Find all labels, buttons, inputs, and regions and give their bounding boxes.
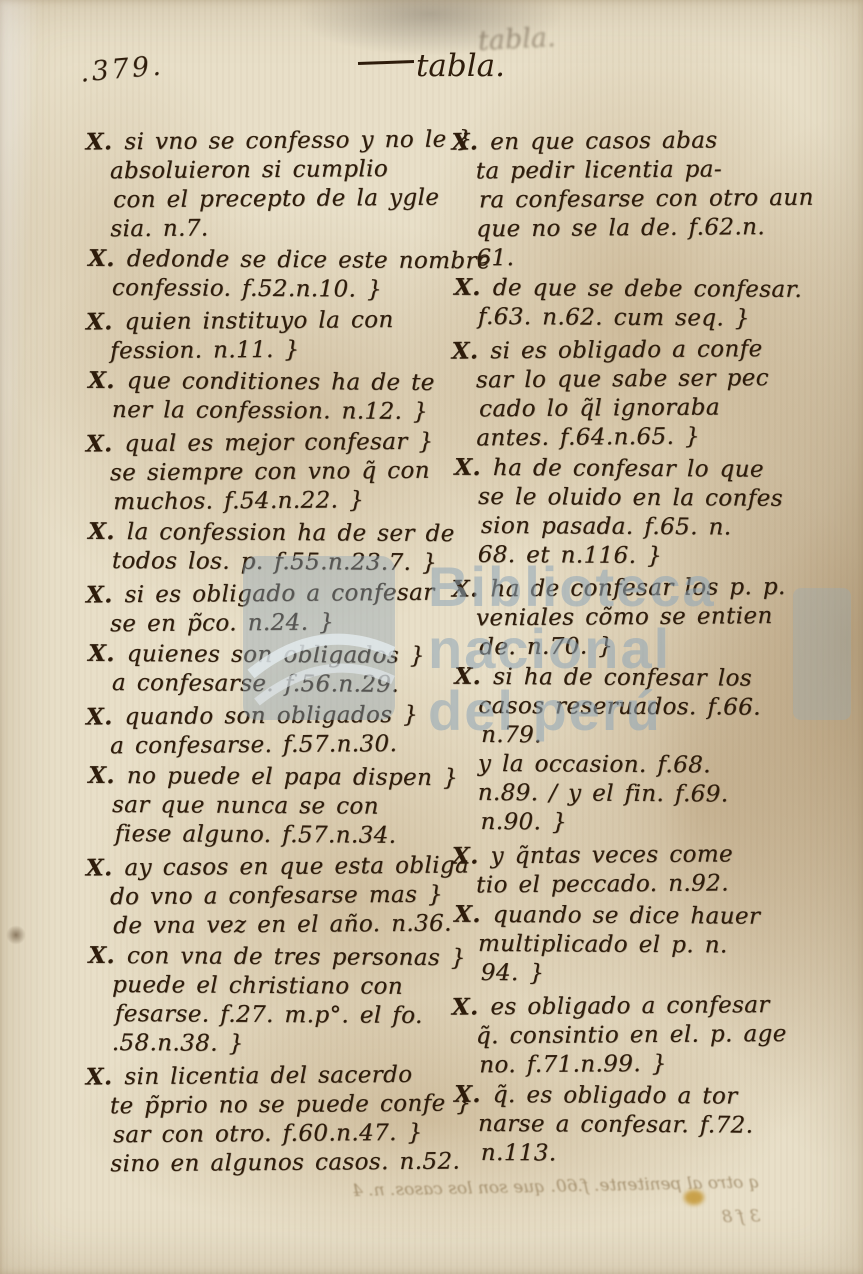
- entry-line: no. f.71.n.99. }: [455, 1048, 859, 1080]
- entry-line: X.sin licentia del sacerdo: [86, 1060, 458, 1093]
- entry-line: X.la confession ha de ser de: [88, 517, 460, 549]
- entry-marker: X.: [86, 1063, 113, 1090]
- index-entry: X.si ha de confesar loscasos reseruados.…: [453, 662, 858, 839]
- entry-line: q̃. consintio en el. p. age: [452, 1019, 856, 1051]
- entry-line: y la occasion. f.68.: [454, 750, 858, 781]
- entry-line: muchos. f.54.n.22. }: [89, 486, 461, 518]
- index-entry: X.dedonde se dice este nombreconfessio. …: [88, 244, 460, 305]
- entry-marker: X.: [452, 575, 479, 602]
- entry-line: tio el peccado. n.92.: [452, 868, 856, 900]
- index-entry: X.quien instituyo la confession. n.11. }: [86, 305, 458, 367]
- entry-line: .58.n.38. }: [88, 1029, 460, 1060]
- entry-marker: X.: [88, 762, 115, 789]
- entry-line: fesarse. f.27. m.p°. el fo.: [91, 1000, 463, 1031]
- entry-line: narse a confesar. f.72.: [454, 1110, 858, 1141]
- entry-marker: X.: [451, 128, 478, 155]
- entry-line: n.90. }: [456, 808, 860, 839]
- index-entry: X.sin licentia del sacerdote p̃prio no s…: [86, 1060, 459, 1180]
- entry-marker: X.: [86, 128, 113, 155]
- entry-line: 61.: [452, 241, 856, 273]
- entry-line: veniales cõmo se entien: [452, 601, 856, 633]
- entry-line: do vno a confesarse mas }: [86, 881, 458, 913]
- entry-line: te p̃prio no se puede confe }: [86, 1090, 458, 1122]
- entry-marker: X.: [454, 663, 481, 690]
- entry-line: se siempre con vno q̃ con: [86, 457, 458, 489]
- entry-line: X.si es obligado a confesar: [86, 578, 458, 611]
- title-dash: [358, 60, 414, 65]
- entry-marker: X.: [452, 337, 479, 364]
- entry-marker: X.: [86, 308, 113, 335]
- entry-line: ta pedir licentia pa-: [452, 154, 856, 186]
- entry-line: X.quien instituyo la con: [86, 305, 458, 338]
- index-entry: X.quando son obligados }a confesarse. f.…: [86, 700, 458, 762]
- entry-line: con el precepto de la ygle: [89, 184, 461, 216]
- index-entry: X.ha de confesar los p. p.veniales cõmo …: [452, 571, 857, 662]
- entry-line: X.ha de confesar los p. p.: [452, 571, 856, 604]
- index-entry: X.y q̃ntas veces cometio el peccado. n.9…: [452, 838, 856, 900]
- index-entry: X.de que se debe confesar.f.63. n.62. cu…: [454, 273, 858, 334]
- entry-line: X.es obligado a confesar: [452, 989, 856, 1022]
- wax-spot: [684, 1190, 704, 1205]
- entry-line: se le oluido en la confes: [454, 483, 858, 514]
- index-entry: X.es obligado a confesarq̃. consintio en…: [452, 989, 857, 1080]
- entry-line: X.que conditiones ha de te: [88, 366, 460, 398]
- entry-line: X.y q̃ntas veces come: [452, 838, 856, 871]
- entry-line: ra confesarse con otro aun: [455, 183, 859, 215]
- entry-marker: X.: [86, 703, 113, 730]
- entry-line: multiplicado el p. n.: [454, 930, 858, 961]
- index-entry: X.que conditiones ha de tener la confess…: [88, 366, 460, 427]
- entry-marker: X.: [88, 942, 115, 969]
- entry-line: n.89. / y el fin. f.69.: [454, 779, 858, 810]
- entry-line: de. n.70. }: [455, 630, 859, 662]
- entry-line: X.quienes son obligados }: [88, 639, 460, 671]
- entry-marker: X.: [452, 842, 479, 869]
- left-column: X.si vno se confesso y no le }absoluiero…: [86, 126, 458, 1180]
- entry-marker: X.: [454, 274, 481, 301]
- manuscript-page: tabla. .379. tabla. X.si vno se confesso…: [0, 0, 863, 1274]
- entry-line: sar que nunca se con: [88, 791, 460, 822]
- entry-line: fiese alguno. f.57.n.34.: [91, 820, 463, 851]
- entry-line: a confesarse. f.56.n.29.: [88, 669, 460, 700]
- entry-line: ner la confession. n.12. }: [88, 396, 460, 427]
- index-entry: X.la confession ha de ser detodos los. p…: [88, 517, 460, 578]
- entry-marker: X.: [88, 245, 115, 272]
- index-entry: X.con vna de tres personas }puede el chr…: [88, 941, 461, 1060]
- entry-line: absoluieron si cumplio: [86, 155, 458, 187]
- entry-line: X.quando se dice hauer: [454, 900, 858, 932]
- index-entry: X.ay casos en que esta obligado vno a co…: [86, 851, 459, 942]
- entry-marker: X.: [88, 518, 115, 545]
- entry-line: X.en que casos abas: [451, 124, 855, 157]
- entry-line: X.quando son obligados }: [86, 700, 458, 733]
- entry-line: casos reseruados. f.66.: [454, 692, 858, 723]
- index-entry: X.no puede el papa dispen }sar que nunca…: [88, 761, 461, 851]
- entry-line: f.63. n.62. cum seq. }: [454, 303, 858, 334]
- page-title-text: tabla.: [416, 48, 505, 84]
- entry-line: X.si vno se confesso y no le }: [86, 125, 458, 158]
- entry-line: X.dedonde se dice este nombre: [88, 244, 460, 276]
- entry-marker: X.: [452, 993, 479, 1020]
- entry-line: cado lo q̃l ignoraba: [455, 392, 859, 424]
- entry-line: de vna vez en el año. n.36.: [89, 910, 461, 942]
- entry-marker: X.: [454, 1081, 481, 1108]
- entry-marker: X.: [86, 854, 113, 881]
- entry-line: antes. f.64.n.65. }: [452, 421, 856, 453]
- index-entry: X.en que casos abasta pedir licentia pa-…: [451, 124, 856, 273]
- entry-marker: X.: [86, 581, 113, 608]
- index-entry: X.quando se dice hauermultiplicado el p.…: [454, 900, 859, 990]
- entry-line: sar con otro. f.60.n.47. }: [89, 1119, 461, 1151]
- entry-line: todos los. p. f.55.n.23.7. }: [88, 547, 460, 578]
- entry-line: X.si es obligado a confe: [452, 333, 856, 366]
- index-entry: X.si es obligado a confesar lo que sabe …: [452, 333, 857, 453]
- entry-line: 68. et n.116. }: [454, 541, 858, 572]
- entry-line: X.qual es mejor confesar }: [86, 427, 458, 460]
- index-entry: X.si es obligado a confesarse en p̃co. n…: [86, 578, 458, 640]
- entry-line: n.79.: [457, 721, 861, 752]
- entry-line: X.con vna de tres personas }: [88, 941, 460, 973]
- entry-line: fession. n.11. }: [86, 335, 458, 367]
- entry-line: X.q̃. es obligado a tor: [454, 1080, 858, 1112]
- entry-line: X.ay casos en que esta obliga: [86, 851, 458, 884]
- entry-line: confessio. f.52.n.10. }: [88, 274, 460, 305]
- entry-line: sia. n.7.: [86, 213, 458, 245]
- entry-line: a confesarse. f.57.n.30.: [86, 730, 458, 762]
- page-title: tabla.: [0, 48, 863, 84]
- entry-line: se en p̃co. n.24. }: [86, 608, 458, 640]
- right-column: X.en que casos abasta pedir licentia pa-…: [452, 126, 856, 1171]
- entry-line: 94. }: [457, 959, 861, 990]
- entry-line: X.no puede el papa dispen }: [88, 761, 460, 793]
- entry-line: X.ha de confesar lo que: [454, 453, 858, 485]
- entry-marker: X.: [454, 901, 481, 928]
- verso-bleedthrough: q otro al penitente. f.60. que son los c…: [139, 1166, 760, 1247]
- entry-line: puede el christiano con: [88, 971, 460, 1002]
- index-entry: X.si vno se confesso y no le }absoluiero…: [86, 125, 459, 245]
- entry-line: sar lo que sabe ser pec: [452, 363, 856, 395]
- entry-marker: X.: [454, 454, 481, 481]
- index-entry: X.quienes son obligados }a confesarse. f…: [88, 639, 460, 700]
- index-entry: X.qual es mejor confesar }se siempre con…: [86, 427, 459, 518]
- entry-line: que no se la de. f.62.n.: [452, 212, 856, 244]
- entry-line: X.de que se debe confesar.: [454, 273, 858, 305]
- entry-marker: X.: [88, 367, 115, 394]
- entry-line: X.si ha de confesar los: [454, 662, 858, 694]
- index-entry: X.q̃. es obligado a tornarse a confesar.…: [454, 1080, 859, 1170]
- entry-line: n.113.: [457, 1139, 861, 1170]
- index-entry: X.ha de confesar lo quese le oluido en l…: [454, 453, 859, 572]
- entry-marker: X.: [88, 640, 115, 667]
- entry-marker: X.: [86, 430, 113, 457]
- entry-line: sion pasada. f.65. n.: [457, 512, 861, 543]
- manuscript-scan: tabla. .379. tabla. X.si vno se confesso…: [0, 0, 863, 1274]
